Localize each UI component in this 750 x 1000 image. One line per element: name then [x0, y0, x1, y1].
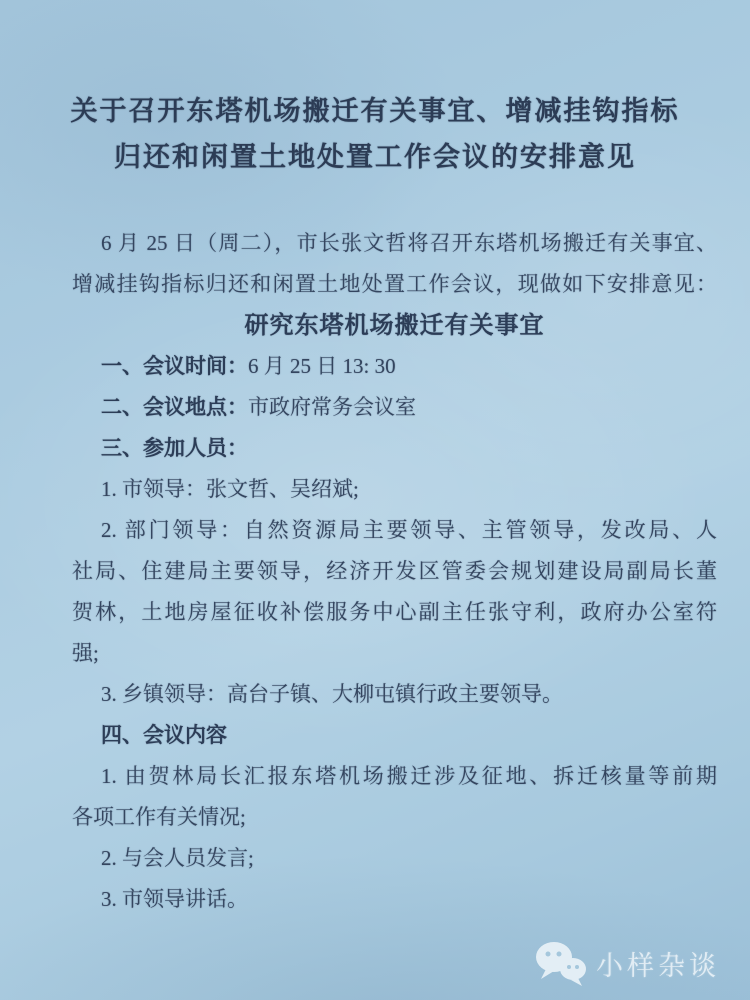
participants-heading-label: 三、参加人员： [101, 437, 248, 460]
content-item-1-line-1: 1. 由贺林局长汇报东塔机场搬迁涉及征地、拆迁核量等前期 [72, 756, 717, 797]
watermark-label: 小样杂谈 [596, 944, 720, 983]
content-item-1: 1. 由贺林局长汇报东塔机场搬迁涉及征地、拆迁核量等前期 各项工作有关情况; [72, 756, 717, 838]
agenda-heading: 研究东塔机场搬迁有关事宜 [72, 305, 717, 346]
intro-paragraph: 6 月 25 日（周二），市长张文哲将召开东塔机场搬迁有关事宜、 增减挂钩指标归… [72, 223, 717, 305]
content-item-2: 2. 与会人员发言; [72, 838, 717, 879]
meeting-place-label: 二、会议地点： [101, 396, 248, 419]
intro-line-2: 增减挂钩指标归还和闲置土地处置工作会议，现做如下安排意见： [72, 264, 717, 305]
department-leaders-line-2: 社局、住建局主要领导，经济开发区管委会规划建设局副局长董 [72, 551, 717, 592]
participants-township-leaders: 3. 乡镇领导：高台子镇、大柳屯镇行政主要领导。 [72, 674, 717, 715]
wechat-icon [535, 940, 587, 986]
meeting-time-line: 一、会议时间：6 月 25 日 13: 30 [72, 346, 717, 387]
participants-department-leaders: 2. 部门领导：自然资源局主要领导、主管领导，发改局、人 社局、住建局主要领导，… [72, 510, 717, 674]
content-item-3: 3. 市领导讲话。 [72, 879, 717, 920]
wechat-watermark: 小样杂谈 [535, 940, 720, 986]
department-leaders-line-3: 贺林，土地房屋征收补偿服务中心副主任张守利，政府办公室符 [72, 592, 717, 633]
department-leaders-line-1: 2. 部门领导：自然资源局主要领导、主管领导，发改局、人 [72, 510, 717, 551]
document-title: 关于召开东塔机场搬迁有关事宜、增减挂钩指标 归还和闲置土地处置工作会议的安排意见 [0, 88, 750, 180]
meeting-place-line: 二、会议地点：市政府常务会议室 [72, 387, 717, 428]
content-heading-line: 四、会议内容 [72, 715, 717, 756]
title-line-2: 归还和闲置土地处置工作会议的安排意见 [0, 134, 750, 180]
participants-heading-line: 三、参加人员： [72, 428, 717, 469]
intro-line-1: 6 月 25 日（周二），市长张文哲将召开东塔机场搬迁有关事宜、 [72, 223, 717, 264]
document-body: 6 月 25 日（周二），市长张文哲将召开东塔机场搬迁有关事宜、 增减挂钩指标归… [72, 223, 717, 920]
title-line-1: 关于召开东塔机场搬迁有关事宜、增减挂钩指标 [0, 88, 750, 134]
document-photo: 关于召开东塔机场搬迁有关事宜、增减挂钩指标 归还和闲置土地处置工作会议的安排意见… [0, 0, 750, 1000]
meeting-time-label: 一、会议时间： [101, 355, 248, 378]
content-heading-label: 四、会议内容 [101, 724, 227, 747]
meeting-time-value: 6 月 25 日 13: 30 [248, 354, 396, 378]
participants-city-leaders: 1. 市领导：张文哲、吴绍斌; [72, 469, 717, 510]
meeting-place-value: 市政府常务会议室 [248, 395, 416, 419]
department-leaders-line-4: 强; [72, 633, 717, 674]
content-item-1-line-2: 各项工作有关情况; [72, 797, 717, 838]
